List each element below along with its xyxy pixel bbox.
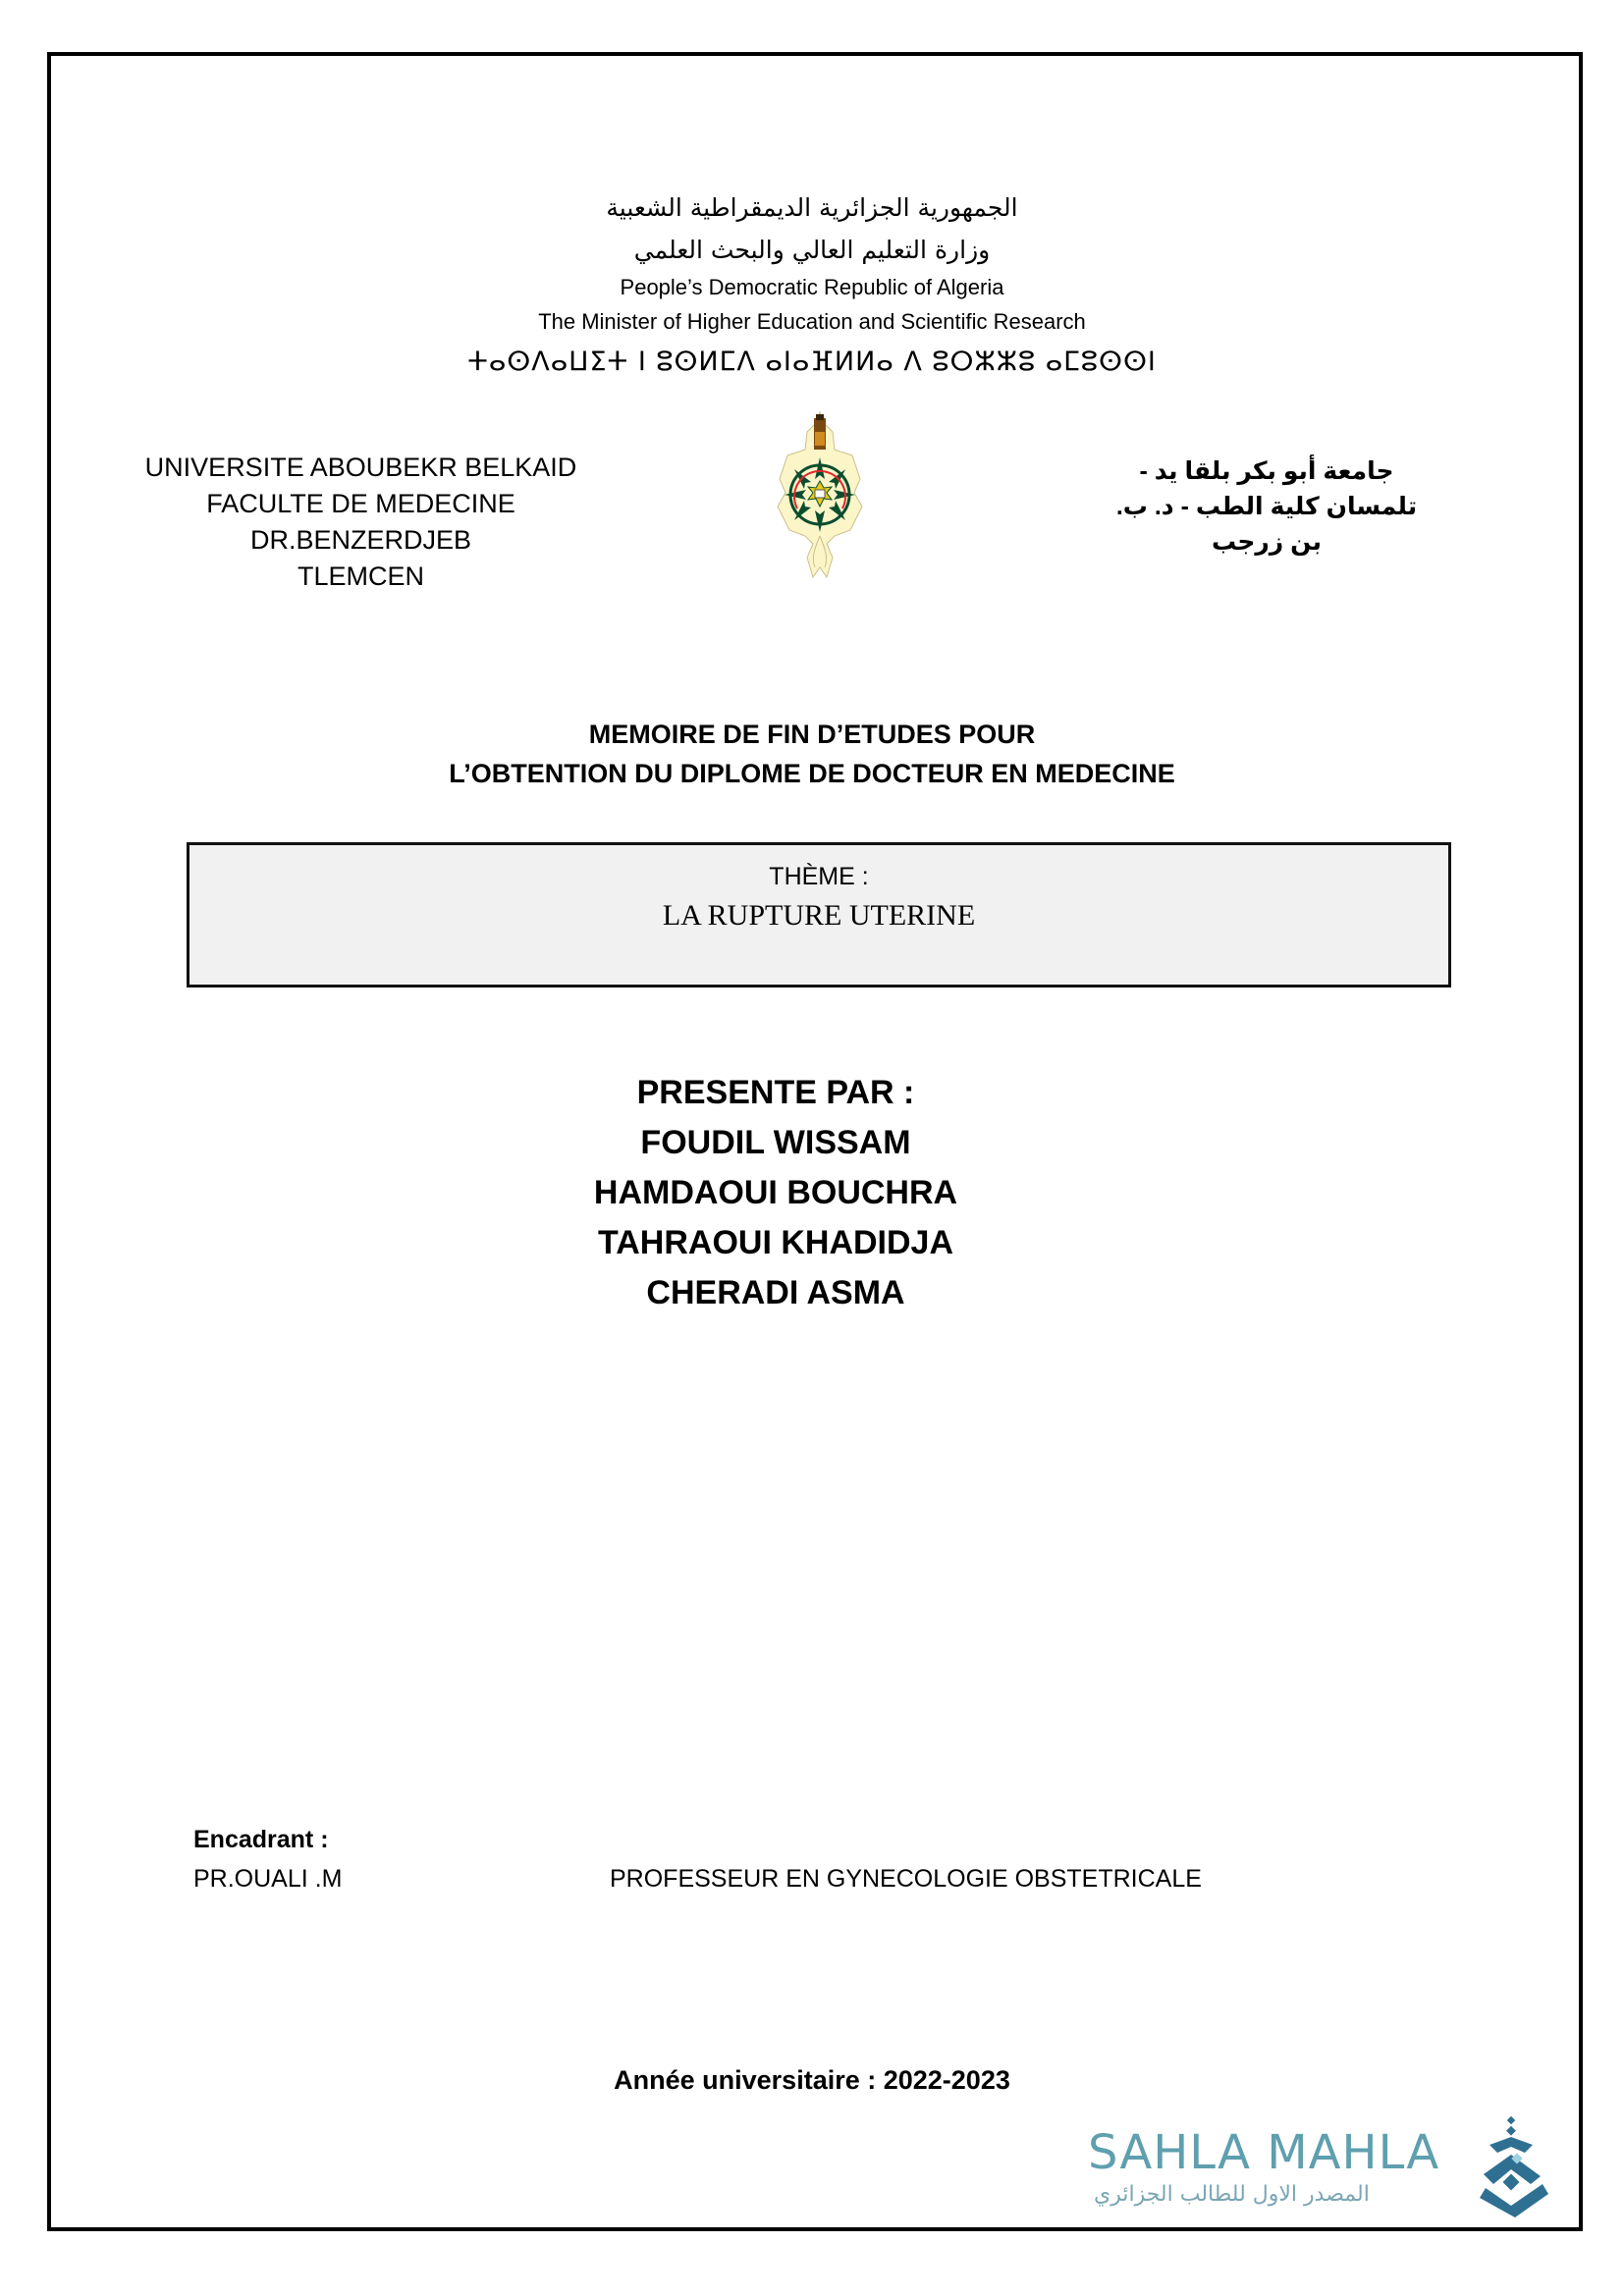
thesis-purpose: MEMOIRE DE FIN D’ETUDES POUR L’OBTENTION… [0, 715, 1624, 793]
university-line-1: UNIVERSITE ABOUBEKR BELKAID [98, 450, 623, 486]
thesis-purpose-line-1: MEMOIRE DE FIN D’ETUDES POUR [0, 715, 1624, 754]
university-name-arabic: جامعة أبو بكر بلقا يد - تلمسان كلية الطب… [1080, 454, 1453, 560]
presented-by-label: PRESENTE PAR : [0, 1068, 1551, 1118]
watermark-tagline: المصدر الاول للطالب الجزائري [1094, 2182, 1370, 2207]
sahla-mahla-logo-icon [1476, 2115, 1554, 2218]
university-line-3: TLEMCEN [98, 559, 623, 595]
watermark-brand: SAHLA MAHLA [1088, 2125, 1439, 2180]
supervisor-title: PROFESSEUR EN GYNECOLOGIE OBSTETRICALE [610, 1865, 1202, 1894]
university-line-2: FACULTE DE MEDECINE DR.BENZERDJEB [98, 486, 623, 559]
author-name: HAMDAOUI BOUCHRA [0, 1168, 1551, 1218]
university-crest-icon [776, 410, 864, 579]
university-name-french: UNIVERSITE ABOUBEKR BELKAID FACULTE DE M… [98, 450, 623, 595]
theme-label: THÈME : [189, 863, 1448, 891]
authors-block: PRESENTE PAR : FOUDIL WISSAM HAMDAOUI BO… [0, 1068, 1551, 1318]
ministry-name-english: The Minister of Higher Education and Sci… [0, 309, 1624, 335]
author-name: TAHRAOUI KHADIDJA [0, 1218, 1551, 1268]
theme-box: THÈME : LA RUPTURE UTERINE [187, 842, 1451, 988]
sahla-mahla-watermark: SAHLA MAHLA المصدر الاول للطالب الجزائري [1088, 2115, 1549, 2218]
country-name-arabic: الجمهورية الجزائرية الديمقراطية الشعبية [0, 193, 1624, 222]
thesis-purpose-line-2: L’OBTENTION DU DIPLOME DE DOCTEUR EN MED… [0, 754, 1624, 793]
country-name-english: People’s Democratic Republic of Algeria [0, 275, 1624, 300]
university-ar-line-2: تلمسان كلية الطب - د. ب. [1080, 489, 1453, 524]
university-ar-line-1: جامعة أبو بكر بلقا يد - [1080, 454, 1453, 489]
theme-title: LA RUPTURE UTERINE [189, 899, 1448, 933]
author-name: CHERADI ASMA [0, 1268, 1551, 1318]
supervisor-name: PR.OUALI .M [193, 1865, 342, 1894]
academic-year: Année universitaire : 2022-2023 [0, 2065, 1624, 2096]
ministry-name-arabic: وزارة التعليم العالي والبحث العلمي [0, 236, 1624, 264]
university-ar-line-3: بن زرجب [1080, 524, 1453, 560]
author-name: FOUDIL WISSAM [0, 1118, 1551, 1168]
ministry-name-tifinagh: ⵜⴰⵙⴷⴰⵡⵉⵜ ⵏ ⵓⵙⵍⵎⴷ ⴰⵏⴰⴼⵍⵍⴰ ⴷ ⵓⵔⵣⵣⵓ ⴰⵎⵓⵙⵙⵏ [0, 347, 1624, 377]
supervisor-label: Encadrant : [193, 1826, 329, 1854]
